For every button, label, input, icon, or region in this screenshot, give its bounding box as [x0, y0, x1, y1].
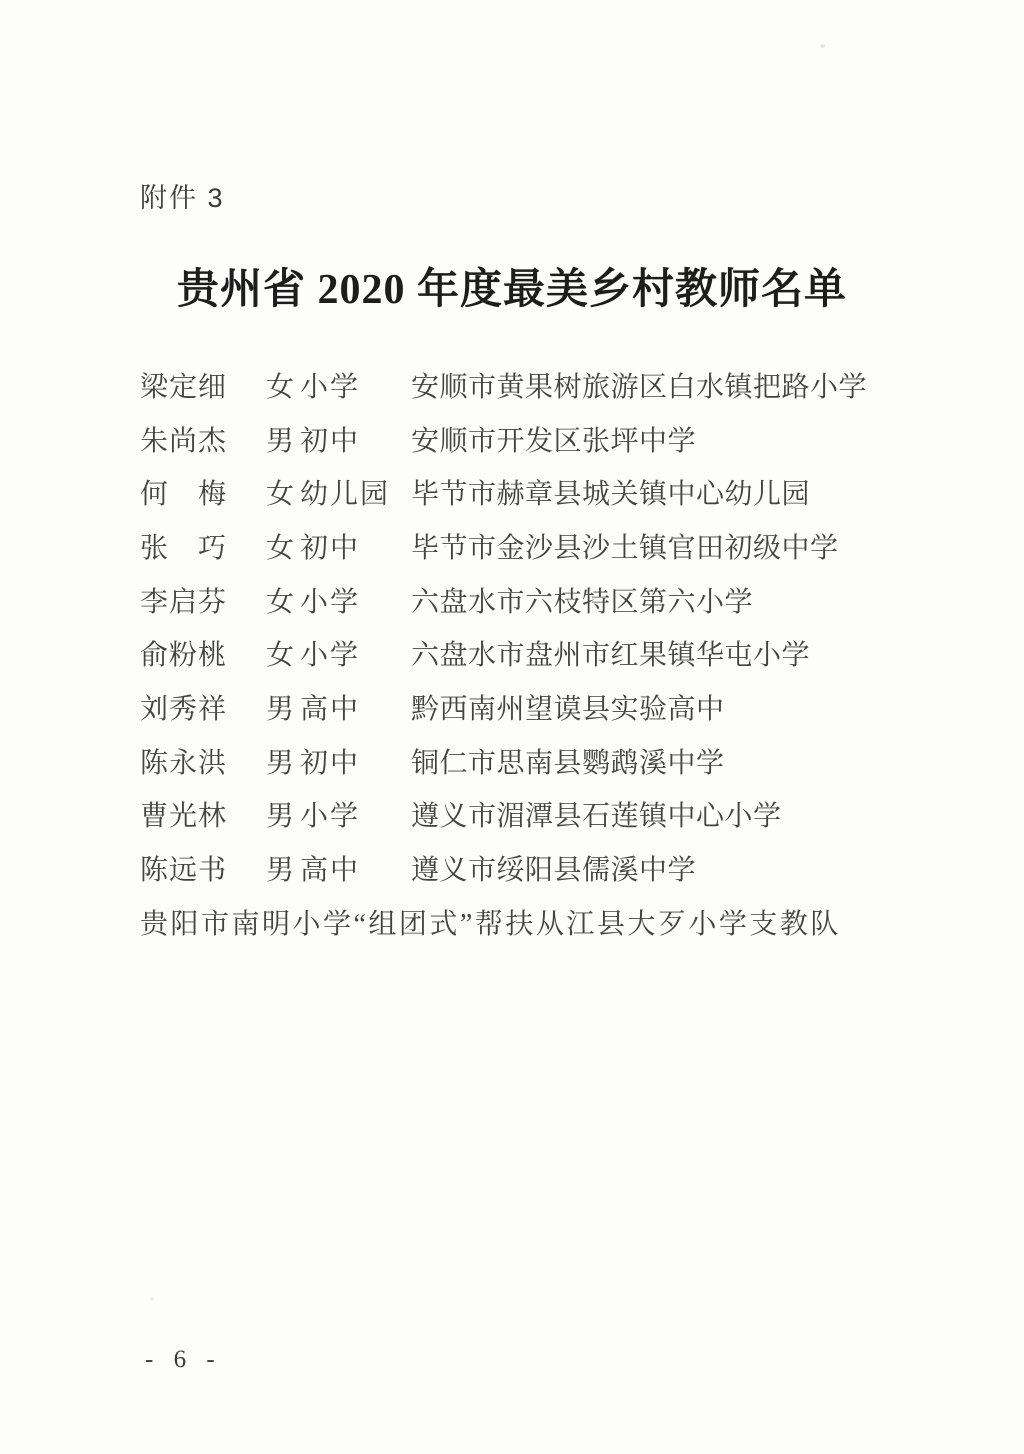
teacher-school: 安顺市黄果树旅游区白水镇把路小学 — [411, 365, 867, 405]
support-team-row: 贵阳市南明小学“组团式”帮扶从江县大歹小学支教队 — [0, 895, 1024, 949]
attachment-label: 附件 3 — [140, 176, 225, 215]
teacher-level: 幼儿园 — [300, 472, 390, 512]
teacher-gender: 女 — [266, 472, 294, 512]
teacher-level: 小学 — [300, 633, 360, 673]
page-number: - 6 - — [145, 1346, 222, 1374]
support-team-text: 贵阳市南明小学“组团式”帮扶从江县大歹小学支教队 — [140, 902, 841, 942]
teacher-row: 张 巧 女 初中 毕节市金沙县沙土镇官田初级中学 — [0, 519, 1024, 573]
teacher-name: 俞粉桃 — [140, 633, 232, 673]
teacher-gender: 男 — [266, 848, 294, 888]
teacher-row: 何 梅 女 幼儿园 毕节市赫章县城关镇中心幼儿园 — [0, 465, 1024, 519]
teacher-row: 李启芬 女 小学 六盘水市六枝特区第六小学 — [0, 573, 1024, 627]
teacher-gender: 女 — [266, 633, 294, 673]
teacher-school: 铜仁市思南县鹦鹉溪中学 — [411, 741, 725, 781]
teacher-level: 小学 — [300, 580, 360, 620]
teacher-row: 梁定细 女 小学 安顺市黄果树旅游区白水镇把路小学 — [0, 358, 1024, 412]
teacher-school: 黔西南州望谟县实验高中 — [411, 687, 725, 727]
teacher-level: 高中 — [300, 848, 360, 888]
teacher-row: 朱尚杰 男 初中 安顺市开发区张坪中学 — [0, 412, 1024, 466]
teacher-level: 小学 — [300, 365, 360, 405]
teacher-level: 小学 — [300, 794, 360, 834]
teacher-school: 安顺市开发区张坪中学 — [411, 419, 696, 459]
teacher-level: 初中 — [300, 419, 360, 459]
teacher-list: 梁定细 女 小学 安顺市黄果树旅游区白水镇把路小学 朱尚杰 男 初中 安顺市开发… — [0, 358, 1024, 949]
teacher-level: 高中 — [300, 687, 360, 727]
teacher-row: 陈永洪 男 初中 铜仁市思南县鹦鹉溪中学 — [0, 734, 1024, 788]
teacher-gender: 男 — [266, 794, 294, 834]
teacher-name: 李启芬 — [140, 580, 232, 620]
teacher-name: 何 梅 — [140, 472, 232, 512]
scan-speck — [150, 1297, 154, 1301]
scan-speck — [820, 44, 825, 48]
scan-speck — [443, 545, 447, 548]
teacher-school: 毕节市金沙县沙土镇官田初级中学 — [411, 526, 839, 566]
teacher-school: 遵义市绥阳县儒溪中学 — [411, 848, 696, 888]
teacher-name: 朱尚杰 — [140, 419, 232, 459]
teacher-gender: 女 — [266, 580, 294, 620]
teacher-name: 曹光林 — [140, 794, 232, 834]
teacher-name: 梁定细 — [140, 365, 232, 405]
teacher-gender: 男 — [266, 419, 294, 459]
teacher-row: 刘秀祥 男 高中 黔西南州望谟县实验高中 — [0, 680, 1024, 734]
teacher-school: 遵义市湄潭县石莲镇中心小学 — [411, 794, 782, 834]
teacher-row: 陈远书 男 高中 遵义市绥阳县儒溪中学 — [0, 841, 1024, 895]
teacher-row: 曹光林 男 小学 遵义市湄潭县石莲镇中心小学 — [0, 788, 1024, 842]
teacher-gender: 女 — [266, 365, 294, 405]
teacher-level: 初中 — [300, 526, 360, 566]
teacher-school: 六盘水市六枝特区第六小学 — [411, 580, 753, 620]
teacher-level: 初中 — [300, 741, 360, 781]
teacher-school: 毕节市赫章县城关镇中心幼儿园 — [411, 472, 810, 512]
teacher-gender: 女 — [266, 526, 294, 566]
teacher-name: 刘秀祥 — [140, 687, 232, 727]
teacher-school: 六盘水市盘州市红果镇华屯小学 — [411, 633, 810, 673]
teacher-name: 张 巧 — [140, 526, 232, 566]
document-title: 贵州省 2020 年度最美乡村教师名单 — [0, 256, 1024, 316]
teacher-name: 陈远书 — [140, 848, 232, 888]
teacher-row: 俞粉桃 女 小学 六盘水市盘州市红果镇华屯小学 — [0, 626, 1024, 680]
teacher-gender: 男 — [266, 687, 294, 727]
scanned-document-page: 附件 3 贵州省 2020 年度最美乡村教师名单 梁定细 女 小学 安顺市黄果树… — [0, 0, 1024, 1454]
teacher-name: 陈永洪 — [140, 741, 232, 781]
teacher-gender: 男 — [266, 741, 294, 781]
